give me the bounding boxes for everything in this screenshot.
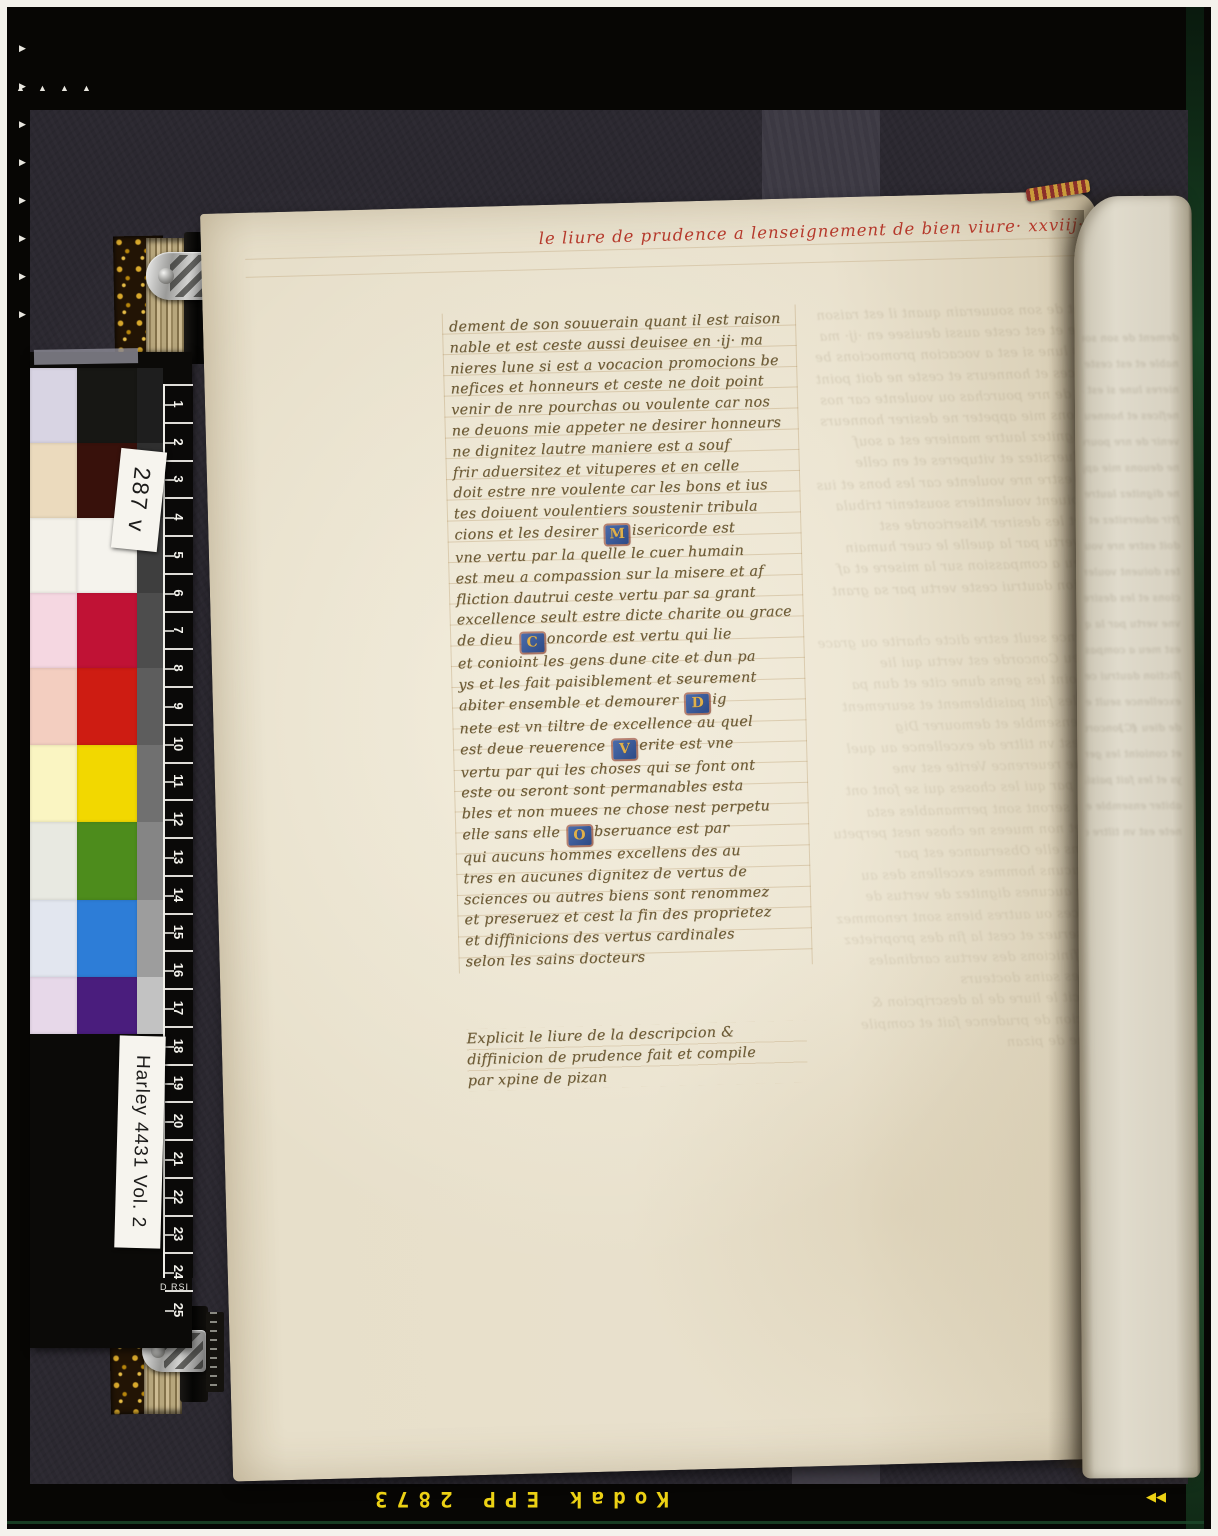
ghost-line: nefices et honneurs et ceste ne doit poi…: [1083, 404, 1179, 431]
color-patch-tint: [30, 977, 77, 1034]
film-arrow: ▶: [19, 44, 26, 53]
ruler-mark: 5: [165, 535, 193, 573]
film-arrow: ▶: [19, 272, 26, 281]
explicit-colophon: Explicit le liure de la descripcion &dif…: [466, 1020, 808, 1091]
color-patch-saturated: [77, 822, 137, 900]
ruler-number: 12: [172, 812, 185, 826]
ruler-mark: 7: [165, 611, 193, 649]
ruler-number: 10: [172, 736, 185, 750]
ruler-mark: 12: [165, 799, 193, 837]
color-patch-row: [30, 822, 137, 900]
ruler-number: 23: [172, 1227, 185, 1241]
clip-screw: [158, 268, 174, 284]
grey-tape: [34, 348, 138, 365]
film-arrow: ▶: [19, 310, 26, 319]
color-patch-tint: [30, 900, 77, 977]
grayscale-step: [137, 822, 163, 900]
illuminated-initial: O: [568, 826, 591, 846]
shelfmark-label-text: Harley 4431 Vol. 2: [127, 1055, 154, 1229]
color-patch-row: [30, 368, 137, 443]
film-arrow: ▶: [19, 234, 26, 243]
ruler-number: 24: [172, 1265, 185, 1279]
ghost-line: venir de nre pourchas ou voulente car no…: [1083, 430, 1179, 457]
ruler-number: 2: [172, 438, 185, 445]
color-patch-saturated: [77, 593, 137, 668]
ruler-mark: 23: [165, 1215, 193, 1253]
ruler-mark: 6: [165, 573, 193, 611]
ghost-line: fliction dautrui ceste vertu par sa gran…: [1085, 664, 1181, 691]
film-arrow: ▶: [19, 120, 26, 129]
ruler-number: 16: [172, 963, 185, 977]
color-patch-row: [30, 977, 137, 1034]
grayscale-step: [137, 668, 163, 745]
color-patch-tint: [30, 668, 77, 745]
ruler-number: 19: [172, 1076, 185, 1090]
ruler-mark: 18: [165, 1026, 193, 1064]
ruler-number: 5: [172, 551, 185, 558]
ruler-mark: 17: [165, 988, 193, 1026]
ruler-footer-label: D RSI: [160, 1282, 196, 1292]
ruler-mark: 3: [165, 460, 193, 498]
color-patch-saturated: [77, 977, 137, 1034]
grayscale-step: [137, 745, 163, 822]
color-patch-saturated: [77, 668, 137, 745]
color-patch-row: [30, 668, 137, 745]
ruler-mark: 21: [165, 1139, 193, 1177]
ruler-mark: 2: [165, 422, 193, 460]
ruler-number: 15: [172, 925, 185, 939]
ruler-number: 7: [172, 627, 185, 634]
ghost-line: et conioint les gens dune cite et dun pa: [1085, 742, 1181, 769]
ruler-mark: 16: [165, 950, 193, 988]
film-arrow: ▶: [19, 196, 26, 205]
illuminated-initial: D: [686, 694, 709, 714]
ruler-number: 6: [172, 589, 185, 596]
ruler-number: 18: [172, 1038, 185, 1052]
film-arrow: ▶: [19, 158, 26, 167]
ghost-line: frir aduersitez et vituperes et en celle: [1084, 508, 1180, 535]
ghost-line: nete est vn tiltre de excellence au quel: [1086, 820, 1182, 847]
ghost-line: cions et les desirer ⟪M⟫isericorde est: [1084, 586, 1180, 613]
color-patch-tint: [30, 822, 77, 900]
ruler-mark: 13: [165, 837, 193, 875]
show-through-text: dement de son souuerain quant il est rai…: [1082, 326, 1182, 847]
folio-label-text: 287 v: [122, 466, 156, 535]
color-patch-tint: [30, 368, 77, 443]
ruler-mark: 9: [165, 686, 193, 724]
ruler-mark: 8: [165, 648, 193, 686]
ruler-mark: 4: [165, 497, 193, 535]
ghost-line: est meu a compassion sur la misere et af: [1085, 638, 1181, 665]
ruler-number: 8: [172, 665, 185, 672]
fore-edge-next-page: dement de son souuerain quant il est rai…: [1074, 196, 1201, 1479]
color-patch-saturated: [77, 368, 137, 443]
grayscale-step: [137, 977, 163, 1034]
ghost-line: de dieu ⟪C⟫oncorde est vertu qui lie: [1085, 716, 1181, 743]
illuminated-initial: V: [613, 739, 636, 759]
manuscript-page: le liure de prudence a lenseignement de …: [200, 191, 1129, 1482]
color-patch-tint: [30, 443, 77, 518]
color-patch-saturated: [77, 900, 137, 977]
ruler-number: 11: [172, 775, 185, 789]
ruler-mark: 1: [165, 384, 193, 422]
color-patch-row: [30, 593, 137, 668]
ruler-number: 25: [172, 1303, 185, 1317]
ruler-mark: 22: [165, 1177, 193, 1215]
ghost-line: nable et est ceste aussi deuisee en ·ij·…: [1083, 352, 1179, 379]
color-patch-row: [30, 745, 137, 822]
color-patch-saturated: [77, 745, 137, 822]
ruler-number: 1: [172, 400, 185, 407]
ruler: 1234567891011121314151617181920212223242…: [163, 384, 193, 1278]
ghost-line: excellence seult estre dicte charite ou …: [1085, 690, 1181, 717]
ruler-number: 20: [172, 1114, 185, 1128]
ruler-mark: 19: [165, 1064, 193, 1102]
ruler-number: 4: [172, 514, 185, 521]
ruling-line: [246, 255, 1076, 278]
grayscale-step: [137, 593, 163, 668]
ruler-mark: 11: [165, 762, 193, 800]
ruler-number: 21: [172, 1152, 185, 1166]
film-arrow: ▲: [82, 84, 91, 93]
ruler-mark: 10: [165, 724, 193, 762]
ghost-line: ne dignitez lautre maniere est a souf: [1084, 482, 1180, 509]
ruler-mark: 15: [165, 913, 193, 951]
ghost-line: dement de son souuerain quant il est rai…: [1082, 326, 1178, 353]
grayscale-step: [137, 900, 163, 977]
ruler-mark: 25: [165, 1290, 193, 1328]
ghost-line: tes doiuent voulentiers soustenir tribul…: [1084, 560, 1180, 587]
ruler-number: 17: [172, 1001, 185, 1015]
ruler-mark: 14: [165, 875, 193, 913]
ruler-number: 14: [172, 887, 185, 901]
ruler-number: 9: [172, 702, 185, 709]
color-patch-tint: [30, 745, 77, 822]
ruler-mark: 20: [165, 1101, 193, 1139]
shelfmark-label: Harley 4431 Vol. 2: [114, 1035, 166, 1248]
illuminated-initial: C: [521, 633, 544, 653]
felt-strap-top: [762, 110, 880, 202]
ruler-number: 3: [172, 476, 185, 483]
film-arrow: ▲: [38, 84, 47, 93]
ghost-line: ys et les fait paisiblement et seurement: [1086, 768, 1182, 795]
film-arrow-marks: ◀◀: [1146, 1492, 1166, 1501]
film-arrow: ▲: [16, 84, 25, 93]
color-patch-tint: [30, 593, 77, 668]
illuminated-initial: M: [606, 525, 629, 545]
ruler-number: 22: [172, 1189, 185, 1203]
film-edge-bottom-line: [7, 1521, 1204, 1524]
ghost-line: nieres lune si est a vocacion promocions…: [1083, 378, 1179, 405]
grayscale-step: [137, 368, 163, 443]
ghost-line: doit estre nre voulente car les bons et …: [1084, 534, 1180, 561]
ghost-line: abiter ensemble et demourer ⟪D⟫ig: [1086, 794, 1182, 821]
color-patch-row: [30, 900, 137, 977]
text-column: dement de son souuerain quant il est rai…: [442, 304, 813, 973]
ruler-number: 13: [172, 850, 185, 864]
kodak-film-text: Kodak EPP 2873: [366, 1487, 669, 1511]
ghost-line: vne vertu par la quelle le cuer humain: [1084, 612, 1180, 639]
film-arrow: ▲: [60, 84, 69, 93]
photo-frame: ▶▶▶▶▶▶▶▶ ▲▲▲▲ 12345678910111213141516171…: [0, 0, 1218, 1536]
color-patch-tint: [30, 518, 77, 593]
spine-strip-bottom: [206, 1312, 224, 1392]
ghost-line: ne deuons mie appeter ne desirer honneur…: [1083, 456, 1179, 483]
